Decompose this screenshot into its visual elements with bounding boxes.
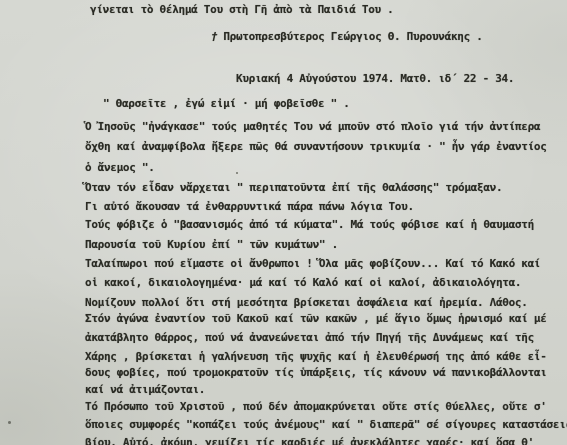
body-line: ὄχθη καί ἀναμφίβολα ἤξερε πῶς θά συναντή…	[85, 140, 547, 153]
date-line: Κυριακή 4 Αὐγούστου 1974. Ματθ. ιδ΄ 22 -…	[236, 72, 514, 85]
epigraph-line: " Θαρσεῖτε , ἐγώ εἰμί · μή φοβεῖσθε " .	[103, 97, 350, 110]
paper-speck	[8, 421, 11, 424]
body-line: Στόν ἀγώνα ἐναντίον τοῦ Κακοῦ καί τῶν κα…	[85, 312, 547, 325]
body-line: οἱ κακοί, δικαιολογημένα· μά καί τό Καλό…	[85, 276, 521, 289]
typewritten-page: γίνεται τὸ θέλημά Του στὴ Γῆ ἀπὸ τὰ Παιδ…	[0, 0, 567, 445]
body-line: Τό Πρόσωπο τοῦ Χριστοῦ , πού δέν ἀπομακρ…	[85, 400, 547, 413]
body-line: δους φοβίες, πού τρομοκρατοῦν τίς ὑπάρξε…	[85, 366, 547, 379]
body-line: Νομίζουν πολλοί ὅτι στή μεσότητα βρίσκετ…	[85, 296, 528, 309]
body-line: ἀκατάβλητο θάρρος, πού νά ἀνανεώνεται ἀπ…	[85, 331, 534, 344]
body-line: Τούς φόβιζε ὁ "βασανισμός ἀπό τά κύματα"…	[85, 218, 534, 231]
paper-speck	[236, 172, 238, 174]
body-line: Ὅταν τόν εἶδαν νἄρχεται " περιπατοῦντα ἐ…	[85, 181, 502, 194]
body-line: Παρουσία τοῦ Κυρίου ἐπί " τῶν κυμάτων" .	[85, 238, 338, 251]
body-line: Ταλαίπωροι πού εἴμαστε οἱ ἄνθρωποι ! Ὅλα…	[85, 257, 540, 270]
body-line: καί νά ἀτιμάζονται.	[85, 383, 205, 396]
header-continuation-line: γίνεται τὸ θέλημά Του στὴ Γῆ ἀπὸ τὰ Παιδ…	[90, 3, 393, 16]
body-line: Χάρης , βρίσκεται ἡ γαλήνευση τῆς ψυχῆς …	[85, 350, 547, 363]
body-line: Ὁ Ἰησοῦς "ἠνάγκασε" τούς μαθητές Του νά …	[85, 120, 540, 133]
body-line: βίου. Αὐτό, ἀκόμη, γεμίζει τίς καρδιές μ…	[85, 436, 534, 445]
signature-line: †Πρωτοπρεσβύτερος Γεώργιος Θ. Πυρουνάκης…	[211, 30, 483, 43]
signature-text: Πρωτοπρεσβύτερος Γεώργιος Θ. Πυρουνάκης …	[223, 30, 482, 43]
body-line: Γι αὐτό ἄκουσαν τά ἐνθαρρυντικά πάρα πάν…	[85, 200, 414, 213]
cross-icon: †	[210, 30, 219, 43]
body-line: ὁ ἄνεμος ".	[85, 161, 155, 174]
body-line: ὅποιες συμφορές "κοπάζει τούς ἀνέμους" κ…	[85, 418, 567, 431]
